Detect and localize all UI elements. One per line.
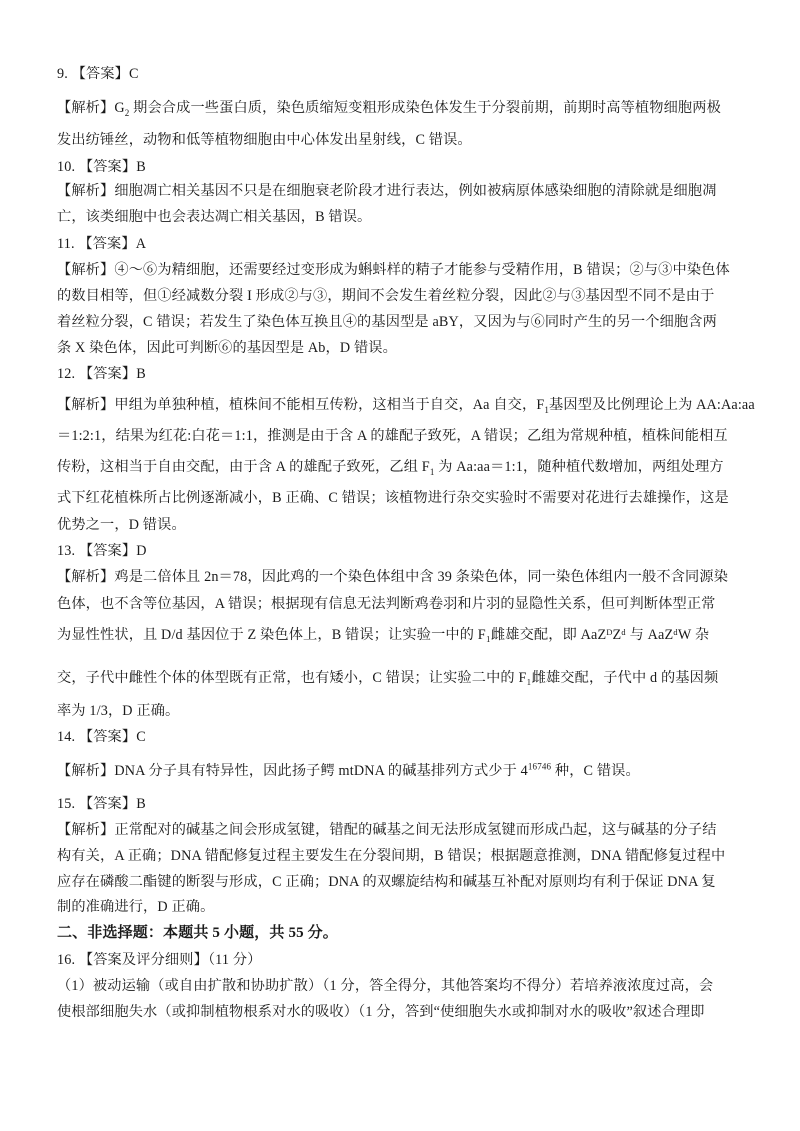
text-line: 交，子代中雌性个体的体型既有正常，也有矮小，C 错误；让实验二中的 F₁雌雄交配… <box>57 669 747 687</box>
text-line: 9. 【答案】C <box>57 65 747 83</box>
text-segment: 【解析】甲组为单独种植，植株间不能相互传粉，这相当于自交，Aa 自交，F <box>57 397 544 413</box>
text-line: 条 X 染色体，因此可判断⑥的基因型是 Ab，D 错误。 <box>57 339 747 357</box>
superscript: 16746 <box>528 761 551 771</box>
text-line: 的数目相等，但①经减数分裂 I 形成②与③，期间不会发生着丝粒分裂，因此②与③基… <box>57 287 747 305</box>
text-line: 式下红花植株所占比例逐渐减小，B 正确、C 错误；该植物进行杂交实验时不需要对花… <box>57 489 747 507</box>
text-line: 15. 【答案】B <box>57 795 747 813</box>
text-segment: 为 Aa:aa＝1:1，随种植代数增加，两组处理方 <box>435 459 724 475</box>
document-page: 9. 【答案】C【解析】G2 期会合成一些蛋白质，染色质缩短变粗形成染色体发生于… <box>0 0 800 1131</box>
section-heading: 二、非选择题：本题共 5 小题，共 55 分。 <box>57 924 747 942</box>
text-line: 为显性性状，且 D/d 基因位于 Z 染色体上，B 错误；让实验一中的 F₁雌雄… <box>57 626 747 644</box>
text-line: 色体，也不含等位基因，A 错误；根据现有信息无法判断鸡卷羽和片羽的显隐性关系，但… <box>57 595 747 613</box>
text-line: 11. 【答案】A <box>57 235 747 253</box>
text-segment: 基因型及比例理论上为 AA:Aa:aa <box>549 397 755 413</box>
text-line: 【解析】④～⑥为精细胞，还需要经过变形成为蝌蚪样的精子才能参与受精作用，B 错误… <box>57 261 747 279</box>
text-line: 【解析】甲组为单独种植，植株间不能相互传粉，这相当于自交，Aa 自交，F1基因型… <box>57 396 747 414</box>
text-segment: 期会合成一些蛋白质，染色质缩短变粗形成染色体发生于分裂前期，前期时高等植物细胞两… <box>129 100 721 116</box>
text-line: 构有关，A 正确；DNA 错配修复过程主要发生在分裂间期，B 错误；根据题意推测… <box>57 847 747 865</box>
text-segment: 种，C 错误。 <box>551 763 640 779</box>
text-line: 12. 【答案】B <box>57 365 747 383</box>
text-line: ＝1:2:1，结果为红花:白花＝1:1，推测是由于含 A 的雄配子致死，A 错误… <box>57 427 747 445</box>
text-line: 13. 【答案】D <box>57 542 747 560</box>
text-line: 【解析】DNA 分子具有特异性，因此扬子鳄 mtDNA 的碱基排列方式少于 41… <box>57 762 747 780</box>
text-segment: 【解析】DNA 分子具有特异性，因此扬子鳄 mtDNA 的碱基排列方式少于 4 <box>57 763 528 779</box>
text-segment: 【解析】G <box>57 100 125 116</box>
text-segment: 传粉，这相当于自由交配，由于含 A 的雄配子致死，乙组 F <box>57 459 430 475</box>
text-line: 【解析】鸡是二倍体且 2n＝78，因此鸡的一个染色体组中含 39 条染色体，同一… <box>57 568 747 586</box>
text-line: 使根部细胞失水（或抑制植物根系对水的吸收）（1 分，答到“使细胞失水或抑制对水的… <box>57 1003 747 1021</box>
text-line: 传粉，这相当于自由交配，由于含 A 的雄配子致死，乙组 F1 为 Aa:aa＝1… <box>57 458 747 476</box>
text-line: 14. 【答案】C <box>57 728 747 746</box>
text-line: 10. 【答案】B <box>57 158 747 176</box>
text-line: 【解析】细胞凋亡相关基因不只是在细胞衰老阶段才进行表达，例如被病原体感染细胞的清… <box>57 182 747 200</box>
text-line: 【解析】正常配对的碱基之间会形成氢键，错配的碱基之间无法形成氢键而形成凸起，这与… <box>57 821 747 839</box>
text-line: 发出纺锤丝，动物和低等植物细胞由中心体发出星射线，C 错误。 <box>57 131 747 149</box>
text-line: 率为 1/3，D 正确。 <box>57 702 747 720</box>
text-line: 【解析】G2 期会合成一些蛋白质，染色质缩短变粗形成染色体发生于分裂前期，前期时… <box>57 99 747 117</box>
text-line: 16. 【答案及评分细则】（11 分） <box>57 951 747 969</box>
text-line: 着丝粒分裂，C 错误；若发生了染色体互换且④的基因型是 aBY，又因为与⑥同时产… <box>57 313 747 331</box>
text-line: 制的准确进行，D 正确。 <box>57 898 747 916</box>
text-line: 亡，该类细胞中也会表达凋亡相关基因，B 错误。 <box>57 208 747 226</box>
text-line: 优势之一，D 错误。 <box>57 516 747 534</box>
text-line: 应存在磷酸二酯键的断裂与形成，C 正确；DNA 的双螺旋结构和碱基互补配对原则均… <box>57 873 747 891</box>
text-line: （1）被动运输（或自由扩散和协助扩散）（1 分，答全得分，其他答案均不得分）若培… <box>57 977 747 995</box>
